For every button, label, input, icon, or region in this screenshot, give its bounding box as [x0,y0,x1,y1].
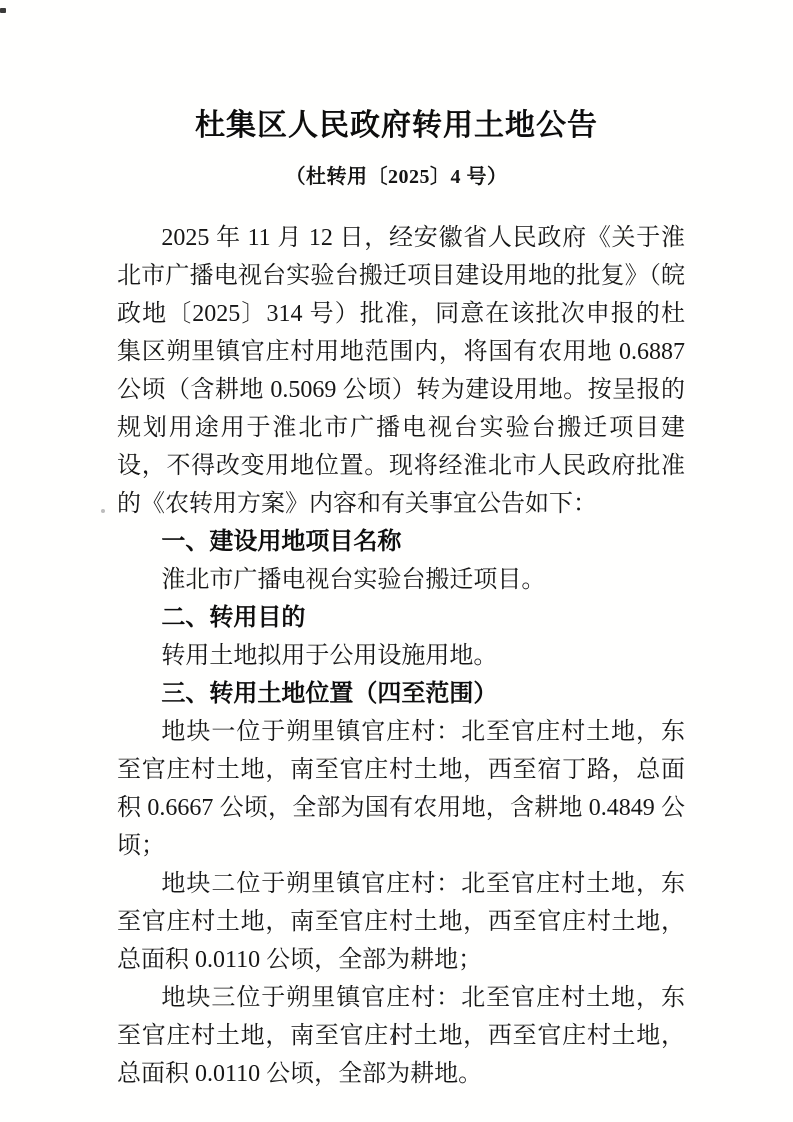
section-2-heading: 二、转用目的 [117,599,685,637]
doc-body: 2025 年 11 月 12 日，经安徽省人民政府《关于淮北市广播电视台实验台搬… [117,219,685,1093]
section-2-paragraph: 转用土地拟用于公用设施用地。 [117,637,685,675]
page-number: 1 [0,1033,787,1050]
doc-number: （杜转用〔2025〕4 号） [0,160,793,189]
section-3-parcel-1: 地块一位于朔里镇官庄村：北至官庄村土地，东至官庄村土地，南至官庄村土地，西至宿丁… [117,713,685,865]
section-3-parcel-2: 地块二位于朔里镇官庄村：北至官庄村土地，东至官庄村土地，南至官庄村土地，西至官庄… [117,865,685,979]
section-1-paragraph: 淮北市广播电视台实验台搬迁项目。 [117,561,685,599]
doc-title: 杜集区人民政府转用土地公告 [0,100,793,144]
scan-artifact-corner [0,8,6,13]
intro-paragraph: 2025 年 11 月 12 日，经安徽省人民政府《关于淮北市广播电视台实验台搬… [117,219,685,523]
section-3-heading: 三、转用土地位置（四至范围） [117,675,685,713]
scan-artifact-speck [101,509,105,513]
document-page: 杜集区人民政府转用土地公告 （杜转用〔2025〕4 号） 2025 年 11 月… [0,0,793,1122]
section-1-heading: 一、建设用地项目名称 [117,523,685,561]
